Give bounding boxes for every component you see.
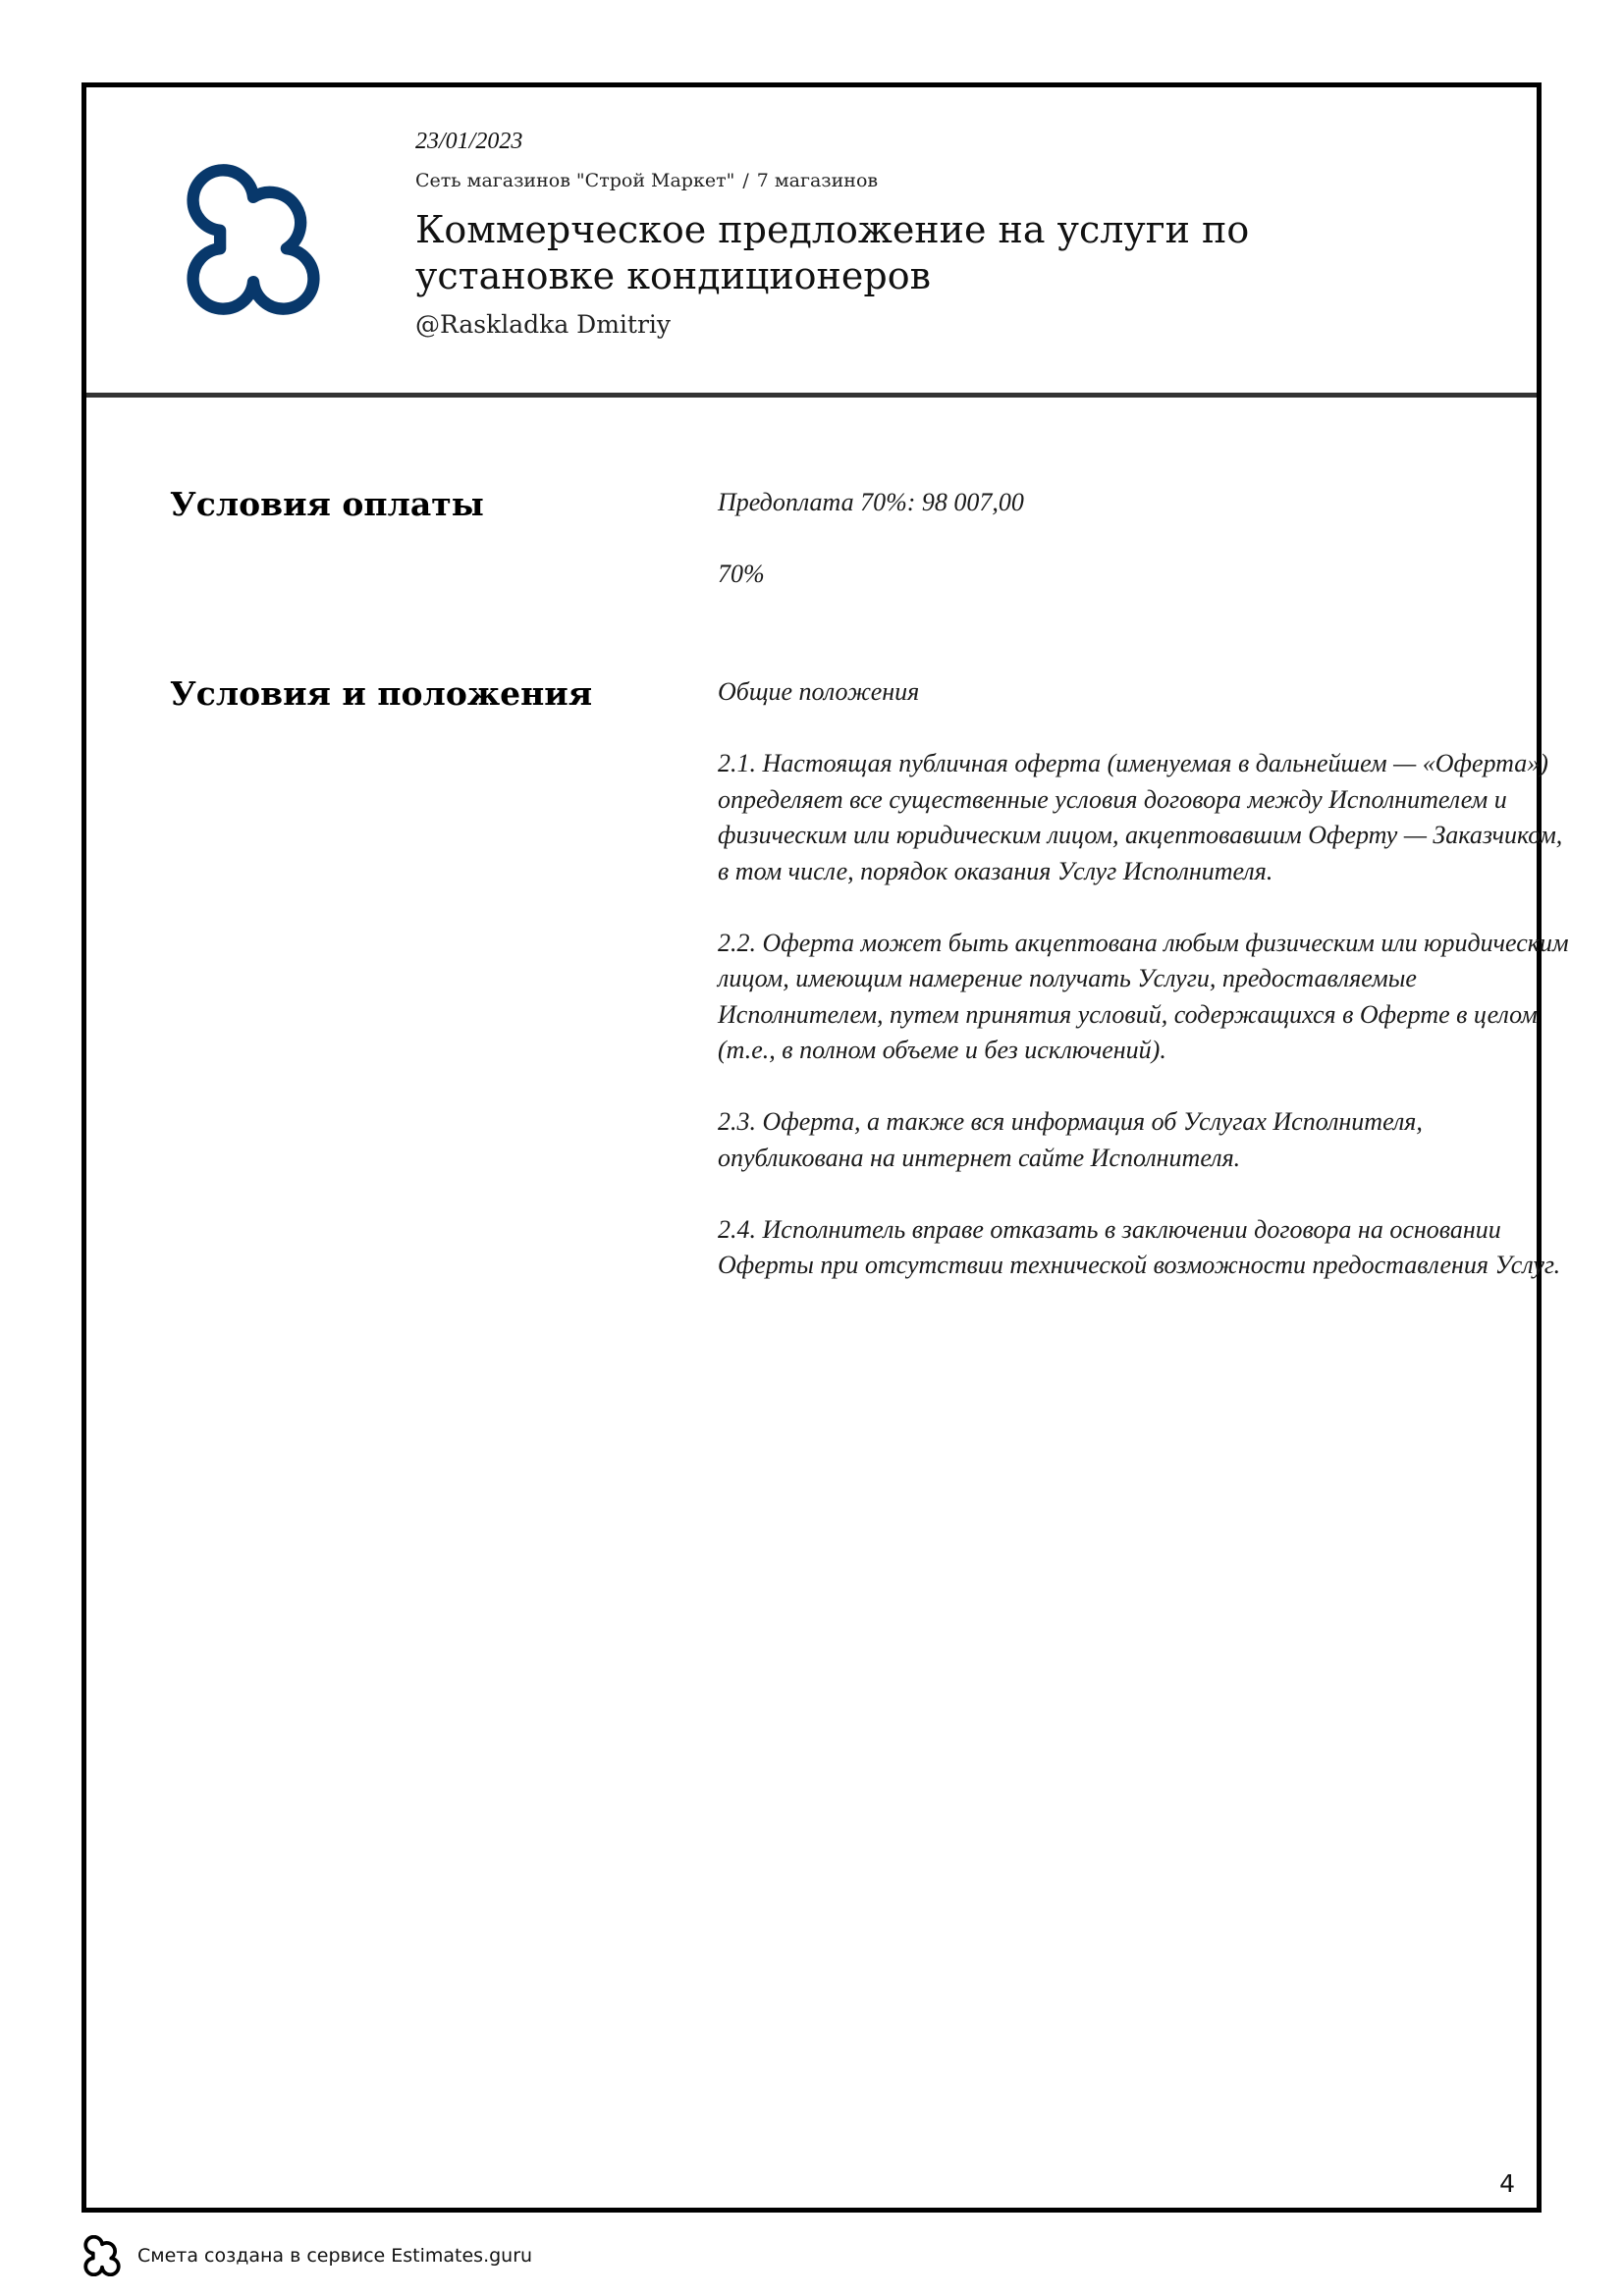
client-name: Сеть магазинов "Строй Маркет" bbox=[415, 170, 734, 191]
section-title: Условия и положения bbox=[170, 674, 612, 714]
separator: / bbox=[742, 170, 748, 191]
footer: Смета создана в сервисе Estimates.guru bbox=[81, 2234, 532, 2277]
section-body: Общие положения 2.1. Настоящая публичная… bbox=[718, 674, 1572, 1319]
terms-paragraph: 2.1. Настоящая публичная оферта (именуем… bbox=[718, 746, 1572, 889]
payment-percent: 70% bbox=[718, 557, 1572, 593]
terms-paragraph: 2.4. Исполнитель вправе отказать в заклю… bbox=[718, 1212, 1572, 1284]
document-header: 23/01/2023 Сеть магазинов "Строй Маркет"… bbox=[86, 87, 1537, 398]
document-title: Коммерческое предложение на услуги по ус… bbox=[415, 207, 1446, 299]
terms-paragraph: 2.3. Оферта, а также вся информация об У… bbox=[718, 1104, 1572, 1176]
section-body: Предоплата 70%: 98 007,00 70% bbox=[718, 485, 1572, 628]
clover-logo-icon bbox=[81, 2235, 123, 2276]
footer-credit: Смета создана в сервисе Estimates.guru bbox=[137, 2245, 532, 2267]
payment-prepayment: Предоплата 70%: 98 007,00 bbox=[718, 485, 1572, 521]
terms-paragraph: Общие положения bbox=[718, 674, 1572, 711]
title-line-1: Коммерческое предложение на услуги по bbox=[415, 207, 1446, 253]
page-number: 4 bbox=[1499, 2169, 1515, 2198]
client-line: Сеть магазинов "Строй Маркет"/7 магазино… bbox=[415, 168, 1446, 193]
terms-paragraph: 2.2. Оферта может быть акцептована любым… bbox=[718, 926, 1572, 1069]
clover-logo-icon bbox=[178, 164, 329, 315]
title-line-2: установке кондиционеров bbox=[415, 253, 1446, 299]
document-author: @Raskladka Dmitriy bbox=[415, 309, 1446, 341]
page-frame: 23/01/2023 Сеть магазинов "Строй Маркет"… bbox=[81, 82, 1542, 2213]
header-text-block: 23/01/2023 Сеть магазинов "Строй Маркет"… bbox=[415, 127, 1446, 341]
client-detail: 7 магазинов bbox=[757, 170, 878, 191]
section-title: Условия оплаты bbox=[170, 485, 612, 524]
document-date: 23/01/2023 bbox=[415, 127, 1446, 156]
